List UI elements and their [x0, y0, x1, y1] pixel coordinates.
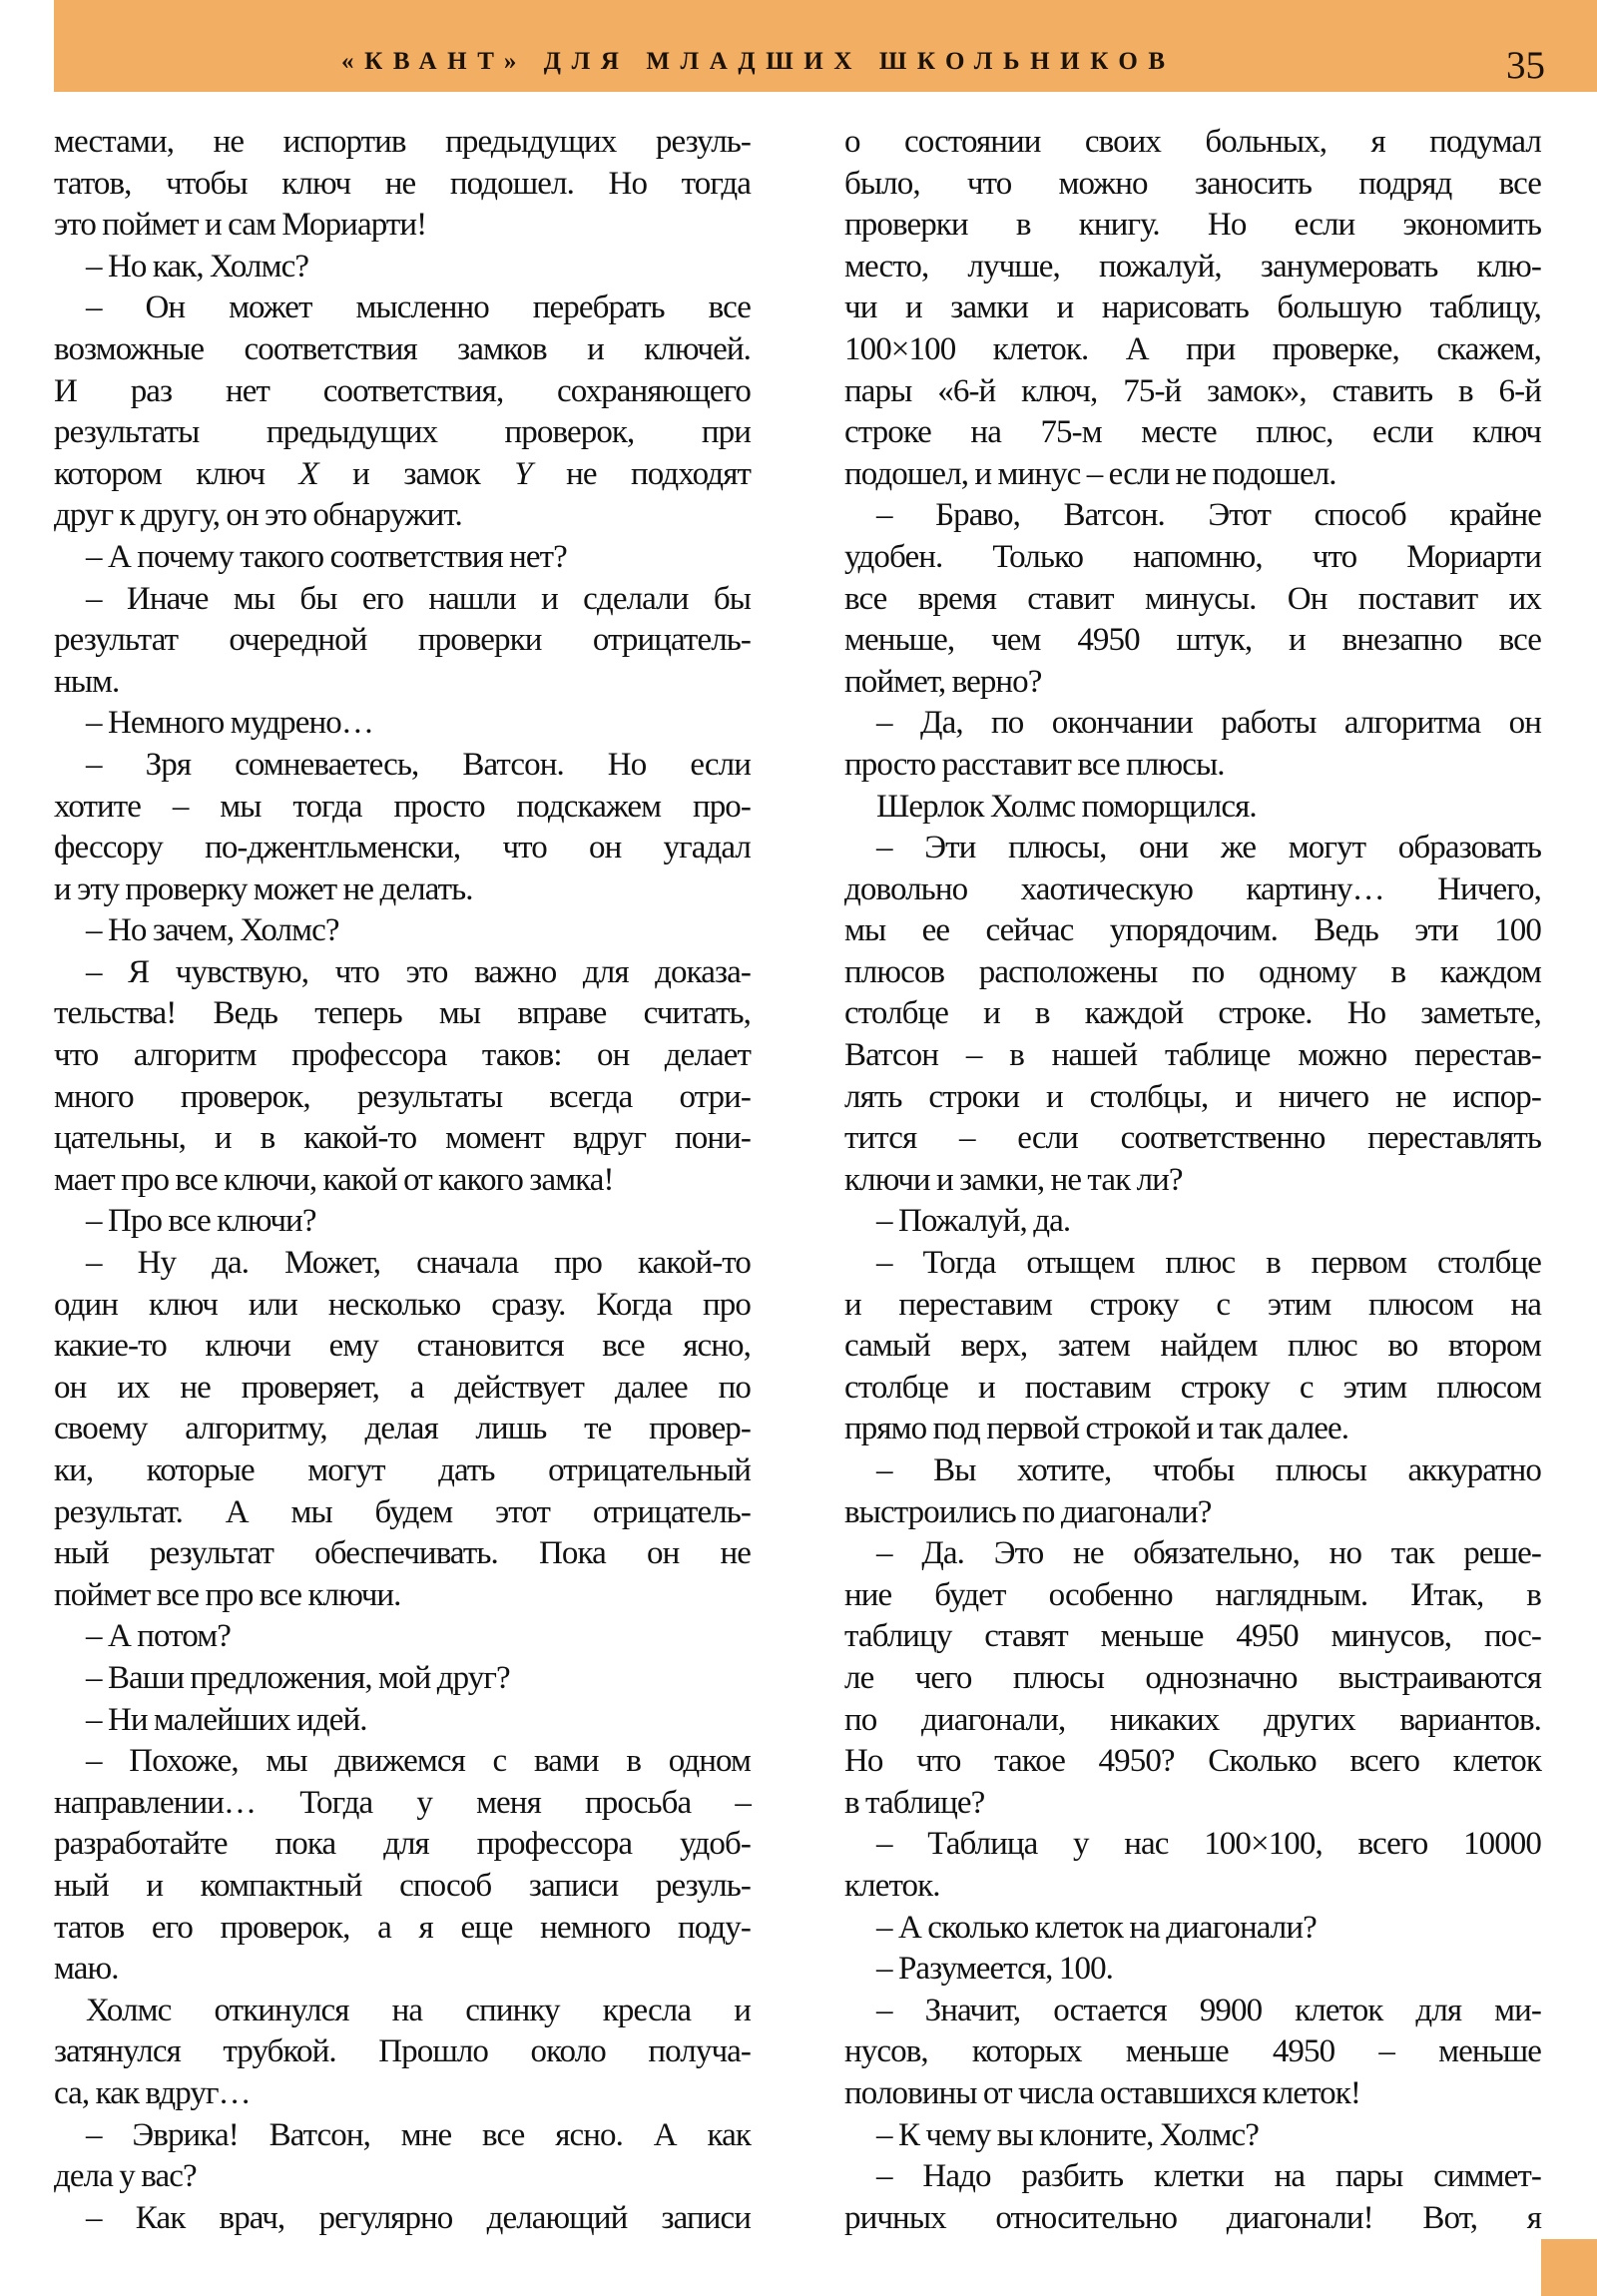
text-line: тится – если соответственно переставлять	[844, 1118, 1541, 1160]
text-line: фессору по-джентльменски, что он угадал	[54, 828, 751, 869]
text-line: меньше, чем 4950 штук, и внезапно все	[844, 620, 1541, 662]
text-line: и эту проверку может не делать.	[54, 869, 751, 911]
text-line: – Но как, Холмс?	[54, 247, 751, 288]
text-line: мы ее сейчас упорядочим. Ведь эти 100	[844, 910, 1541, 952]
text-line: – Да, по окончании работы алгоритма он	[844, 703, 1541, 745]
text-line: и переставим строку с этим плюсом на	[844, 1285, 1541, 1327]
text-line: столбце и поставим строку с этим плюсом	[844, 1368, 1541, 1410]
text-line: выстроились по диагонали?	[844, 1492, 1541, 1534]
text-line: Шерлок Холмс поморщился.	[844, 787, 1541, 829]
text-column-right: о состоянии своих больных, я подумалбыло…	[844, 122, 1541, 2239]
text-line: – Немного мудрено…	[54, 703, 751, 745]
text-line: – Иначе мы бы его нашли и сделали бы	[54, 579, 751, 621]
corner-decoration	[1541, 2239, 1597, 2296]
text-line: Холмс откинулся на спинку кресла и	[54, 1991, 751, 2032]
text-line: ние будет особенно наглядным. Итак, в	[844, 1575, 1541, 1617]
text-line: – Вы хотите, чтобы плюсы аккуратно	[844, 1450, 1541, 1492]
text-line: плюсов расположены по одному в каждом	[844, 952, 1541, 994]
text-line: много проверок, результаты всегда отри-	[54, 1077, 751, 1119]
text-line: один ключ или несколько сразу. Когда про	[54, 1285, 751, 1327]
text-line: возможные соответствия замков и ключей.	[54, 329, 751, 371]
text-line: в таблице?	[844, 1783, 1541, 1825]
text-line: татов, чтобы ключ не подошел. Но тогда	[54, 164, 751, 206]
text-line: ле чего плюсы однозначно выстраиваются	[844, 1658, 1541, 1700]
text-line: нусов, которых меньше 4950 – меньше	[844, 2031, 1541, 2073]
text-line: затянулся трубкой. Прошло около получа-	[54, 2031, 751, 2073]
text-line: – А потом?	[54, 1616, 751, 1658]
text-line: было, что можно заносить подряд все	[844, 164, 1541, 206]
text-line: – Ни малейших идей.	[54, 1700, 751, 1742]
text-line: хотите – мы тогда просто подскажем про-	[54, 787, 751, 829]
text-line: результат очередной проверки отрицатель-	[54, 620, 751, 662]
text-column-left: местами, не испортив предыдущих резуль-т…	[54, 122, 751, 2239]
text-line: ный и компактный способ записи резуль-	[54, 1866, 751, 1908]
text-line: все время ставит минусы. Он поставит их	[844, 579, 1541, 621]
text-line: своему алгоритму, делая лишь те провер-	[54, 1409, 751, 1450]
text-line: – Пожалуй, да.	[844, 1201, 1541, 1243]
text-line: – Ваши предложения, мой друг?	[54, 1658, 751, 1700]
text-line: – А сколько клеток на диагонали?	[844, 1908, 1541, 1950]
text-line: строке на 75-м месте плюс, если ключ	[844, 412, 1541, 454]
text-line: – Тогда отыщем плюс в первом столбце	[844, 1243, 1541, 1285]
text-line: ключи и замки, не так ли?	[844, 1160, 1541, 1202]
text-line: таблицу ставят меньше 4950 минусов, пос-	[844, 1616, 1541, 1658]
text-line: ным.	[54, 662, 751, 704]
text-line: 100×100 клеток. А при проверке, скажем,	[844, 329, 1541, 371]
text-line: маю.	[54, 1949, 751, 1991]
text-line: – Ну да. Может, сначала про какой-то	[54, 1243, 751, 1285]
text-line: результаты предыдущих проверок, при	[54, 412, 751, 454]
text-line: местами, не испортив предыдущих резуль-	[54, 122, 751, 164]
text-line: – Я чувствую, что это важно для доказа-	[54, 952, 751, 994]
text-line: лять строки и столбцы, и ничего не испор…	[844, 1077, 1541, 1119]
text-line: проверки в книгу. Но если экономить	[844, 205, 1541, 247]
text-line: половины от числа оставшихся клеток!	[844, 2073, 1541, 2115]
text-line: – Зря сомневаетесь, Ватсон. Но если	[54, 745, 751, 787]
page-number: 35	[1495, 42, 1545, 90]
running-header-title: «КВАНТ» ДЛЯ МЛАДШИХ ШКОЛЬНИКОВ	[341, 44, 1260, 80]
text-line: – Эти плюсы, они же могут образовать	[844, 828, 1541, 869]
text-line: подошел, и минус – если не подошел.	[844, 454, 1541, 496]
math-variable: Y	[514, 456, 531, 492]
text-line: котором ключ X и замок Y не подходят	[54, 454, 751, 496]
text-line: самый верх, затем найдем плюс во втором	[844, 1326, 1541, 1368]
text-line: он их не проверяет, а действует далее по	[54, 1368, 751, 1410]
text-line: по диагонали, никаких других вариантов.	[844, 1700, 1541, 1742]
text-line: просто расставит все плюсы.	[844, 745, 1541, 787]
text-line: столбце и в каждой строке. Но заметьте,	[844, 993, 1541, 1035]
text-line: – Надо разбить клетки на пары симмет-	[844, 2156, 1541, 2198]
text-line: поймет все про все ключи.	[54, 1575, 751, 1617]
text-line: это поймет и сам Мориарти!	[54, 205, 751, 247]
text-line: – Браво, Ватсон. Этот способ крайне	[844, 495, 1541, 537]
text-line: пары «6-й ключ, 75-й замок», ставить в 6…	[844, 371, 1541, 413]
text-line: разработайте пока для профессора удоб-	[54, 1824, 751, 1866]
text-line: – К чему вы клоните, Холмс?	[844, 2115, 1541, 2157]
text-line: направлении… Тогда у меня просьба –	[54, 1783, 751, 1825]
text-line: ный результат обеспечивать. Пока он не	[54, 1533, 751, 1575]
text-line: Но что такое 4950? Сколько всего клеток	[844, 1741, 1541, 1783]
text-line: – А почему такого соответствия нет?	[54, 537, 751, 579]
text-line: – Разумеется, 100.	[844, 1949, 1541, 1991]
text-line: поймет, верно?	[844, 662, 1541, 704]
text-line: клеток.	[844, 1866, 1541, 1908]
text-line: что алгоритм профессора таков: он делает	[54, 1035, 751, 1077]
text-line: чи и замки и нарисовать большую таблицу,	[844, 287, 1541, 329]
text-line: цательны, и в какой-то момент вдруг пони…	[54, 1118, 751, 1160]
text-line: – Эврика! Ватсон, мне все ясно. А как	[54, 2115, 751, 2157]
text-line: – Он может мысленно перебрать все	[54, 287, 751, 329]
text-line: – Как врач, регулярно делающий записи	[54, 2198, 751, 2240]
text-line: о состоянии своих больных, я подумал	[844, 122, 1541, 164]
text-line: довольно хаотическую картину… Ничего,	[844, 869, 1541, 911]
text-line: дела у вас?	[54, 2156, 751, 2198]
text-line: са, как вдруг…	[54, 2073, 751, 2115]
text-line: – Похоже, мы движемся с вами в одном	[54, 1741, 751, 1783]
text-line: ричных относительно диагонали! Вот, я	[844, 2198, 1541, 2240]
text-line: прямо под первой строкой и так далее.	[844, 1409, 1541, 1450]
text-line: мает про все ключи, какой от какого замк…	[54, 1160, 751, 1202]
text-line: – Да. Это не обязательно, но так реше-	[844, 1533, 1541, 1575]
text-line: результат. А мы будем этот отрицатель-	[54, 1492, 751, 1534]
text-line: – Но зачем, Холмс?	[54, 910, 751, 952]
math-variable: X	[299, 456, 318, 492]
text-line: – Значит, остается 9900 клеток для ми-	[844, 1991, 1541, 2032]
text-line: какие-то ключи ему становится все ясно,	[54, 1326, 751, 1368]
text-line: татов его проверок, а я еще немного поду…	[54, 1908, 751, 1950]
text-line: тельства! Ведь теперь мы вправе считать,	[54, 993, 751, 1035]
text-line: место, лучше, пожалуй, занумеровать клю-	[844, 247, 1541, 288]
text-line: удобен. Только напомню, что Мориарти	[844, 537, 1541, 579]
text-line: Ватсон – в нашей таблице можно перестав-	[844, 1035, 1541, 1077]
text-line: – Про все ключи?	[54, 1201, 751, 1243]
text-line: ки, которые могут дать отрицательный	[54, 1450, 751, 1492]
text-line: друг к другу, он это обнаружит.	[54, 495, 751, 537]
text-line: – Таблица у нас 100×100, всего 10000	[844, 1824, 1541, 1866]
text-line: И раз нет соответствия, сохраняющего	[54, 371, 751, 413]
